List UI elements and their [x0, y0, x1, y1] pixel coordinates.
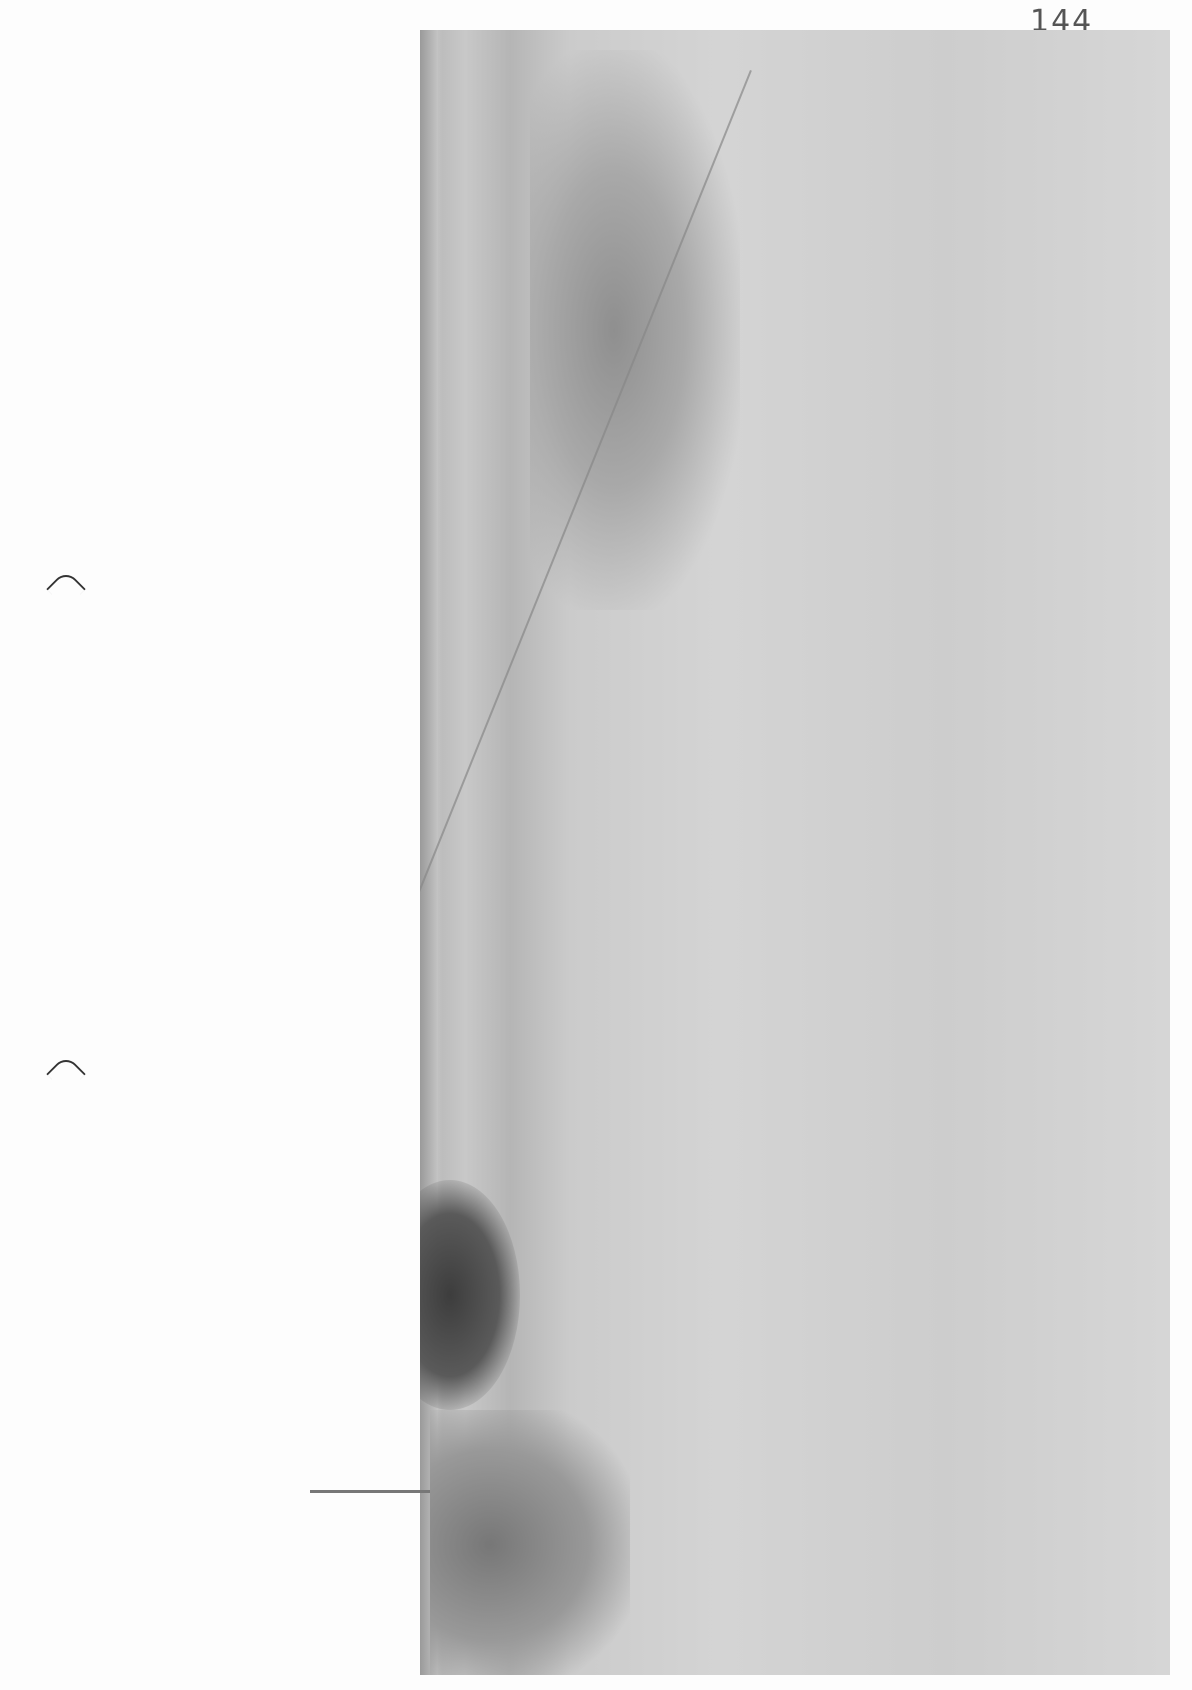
- trees: [420, 1180, 520, 1410]
- punch-hole-mark: [46, 1054, 86, 1094]
- punch-hole-mark: [46, 569, 86, 609]
- rubble-heap: [530, 50, 740, 610]
- photograph: [420, 30, 1170, 1675]
- vegetation: [430, 1410, 630, 1675]
- utility-pole: [310, 1490, 430, 1493]
